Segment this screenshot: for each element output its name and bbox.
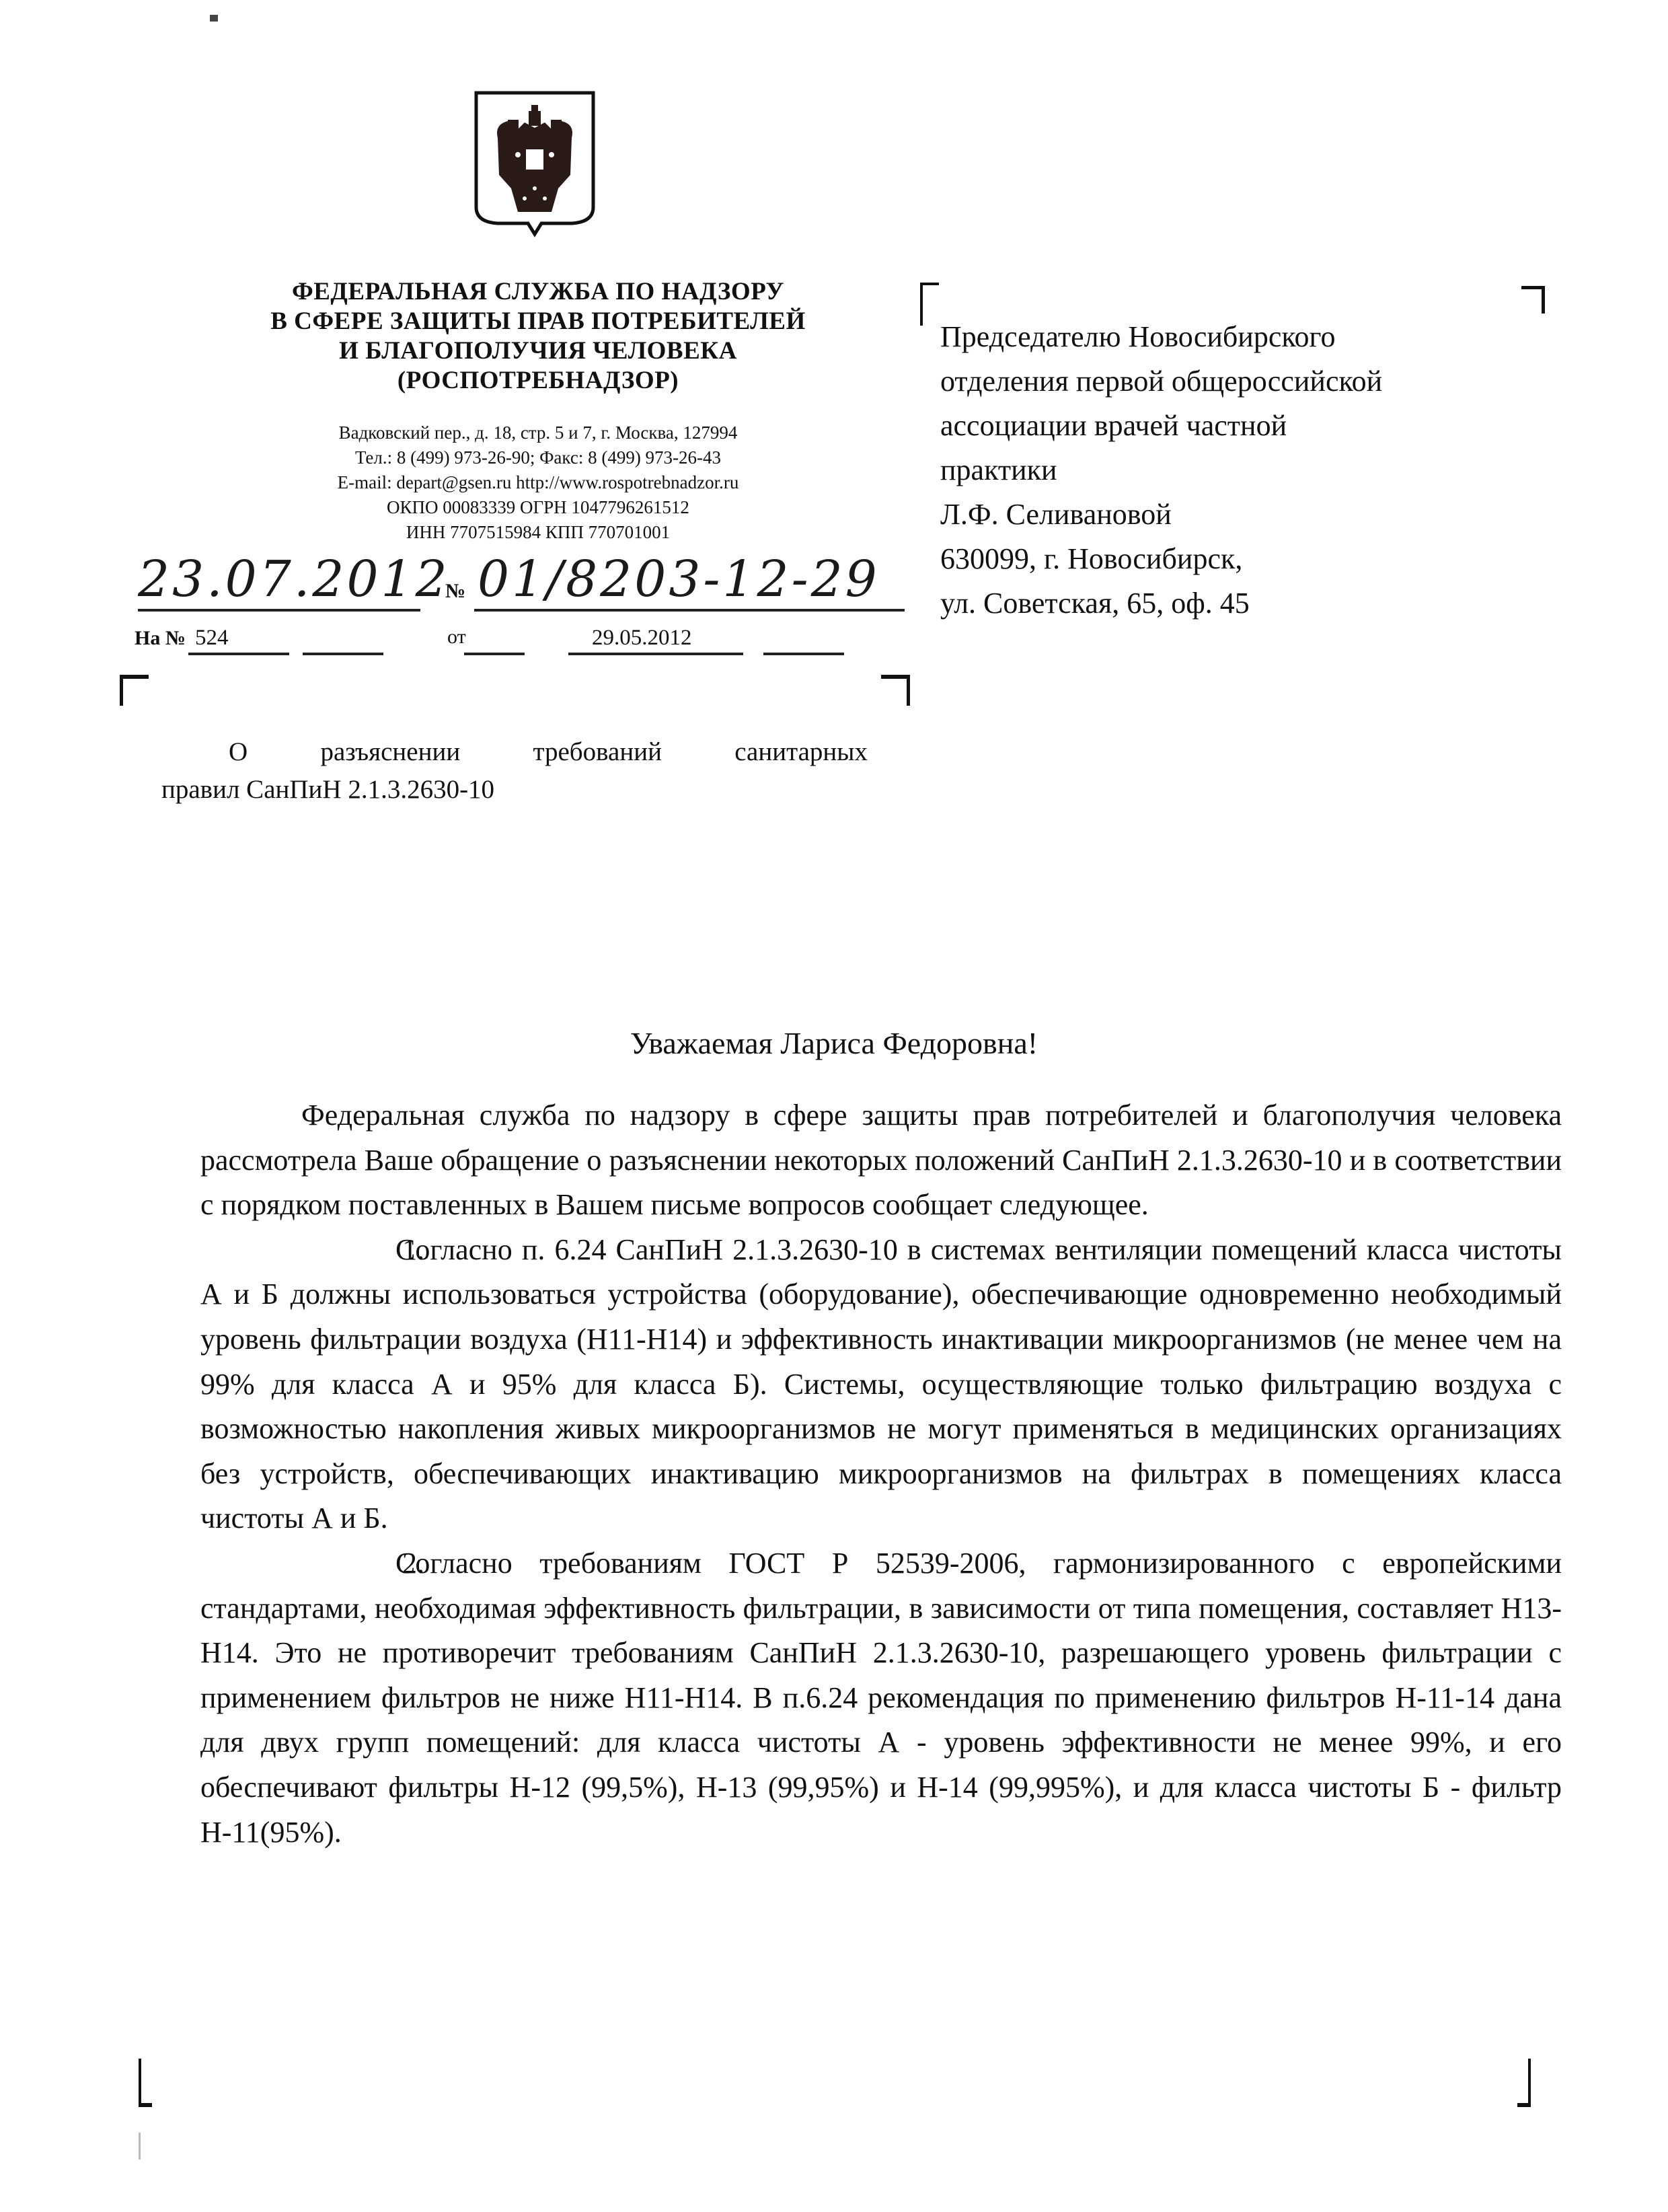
address-line: Вадковский пер., д. 18, стр. 5 и 7, г. М… <box>222 420 854 445</box>
number-sign: № <box>445 580 465 603</box>
greeting: Уважаемая Лариса Федоровна! <box>0 1025 1668 1061</box>
date-underline <box>138 609 420 612</box>
ref-underline <box>303 653 383 655</box>
agency-line: И БЛАГОПОЛУЧИЯ ЧЕЛОВЕКА <box>222 336 854 366</box>
list-item: 2.Согласно требованиям ГОСТ Р 52539-2006… <box>200 1541 1562 1855</box>
letter-body: Федеральная служба по надзору в сфере за… <box>200 1093 1562 1855</box>
recipient-line: практики <box>940 448 1382 492</box>
item-number: 1. <box>301 1228 395 1273</box>
ref-underline <box>464 653 525 655</box>
number-underline <box>474 609 905 612</box>
subject-line: О разъяснении требований санитарных <box>161 733 868 771</box>
recipient-line: Председателю Новосибирского <box>940 315 1382 359</box>
phone-line: Тел.: 8 (499) 973-26-90; Факс: 8 (499) 9… <box>222 445 854 470</box>
list-item: 1.Согласно п. 6.24 СанПиН 2.1.3.2630-10 … <box>200 1228 1562 1541</box>
agency-contacts: Вадковский пер., д. 18, стр. 5 и 7, г. М… <box>222 420 854 545</box>
item-text: Согласно требованиям ГОСТ Р 52539-2006, … <box>200 1547 1562 1849</box>
corner-mark-top-left <box>120 675 149 706</box>
scan-artifact <box>139 2133 141 2160</box>
corner-mark-top-right <box>881 675 910 706</box>
outgoing-date: 23.07.2012 <box>138 550 450 608</box>
recipient-address: 630099, г. Новосибирск, <box>940 537 1382 581</box>
ref-from-label: от <box>447 626 466 649</box>
corner-mark-bottom-right <box>1517 2059 1531 2107</box>
recipient-address: ул. Советская, 65, оф. 45 <box>940 581 1382 626</box>
email-line: E-mail: depart@gsen.ru http://www.rospot… <box>222 470 854 495</box>
letter-subject: О разъяснении требований санитарных прав… <box>161 733 868 809</box>
ref-date: 29.05.2012 <box>592 626 692 651</box>
ref-label: На № <box>135 627 186 649</box>
recipient-block: Председателю Новосибирского отделения пе… <box>940 315 1382 626</box>
intro-paragraph: Федеральная служба по надзору в сфере за… <box>200 1093 1562 1228</box>
recipient-name: Л.Ф. Селивановой <box>940 492 1382 537</box>
coat-of-arms-icon <box>471 87 599 242</box>
outgoing-number: 01/8203-12-29 <box>478 550 880 608</box>
recipient-corner-top-right <box>1521 286 1545 314</box>
corner-mark-bottom-left <box>139 2059 152 2107</box>
recipient-corner-top-left <box>920 283 939 326</box>
agency-line: (РОСПОТРЕБНАДЗОР) <box>222 366 854 396</box>
agency-name: ФЕДЕРАЛЬНАЯ СЛУЖБА ПО НАДЗОРУ В СФЕРЕ ЗА… <box>222 277 854 396</box>
reference-row: На № 524 от 29.05.2012 <box>135 626 186 651</box>
agency-line: ФЕДЕРАЛЬНАЯ СЛУЖБА ПО НАДЗОРУ <box>222 277 854 307</box>
item-number: 2. <box>301 1541 395 1586</box>
scan-speck <box>210 15 218 22</box>
ref-underline <box>763 653 844 655</box>
agency-line: В СФЕРЕ ЗАЩИТЫ ПРАВ ПОТРЕБИТЕЛЕЙ <box>222 307 854 336</box>
recipient-line: отделения первой общероссийской <box>940 359 1382 404</box>
ref-number-underline <box>188 653 289 655</box>
recipient-line: ассоциации врачей частной <box>940 404 1382 448</box>
ref-number: 524 <box>195 626 229 651</box>
subject-line: правил СанПиН 2.1.3.2630-10 <box>161 771 868 809</box>
item-text: Согласно п. 6.24 СанПиН 2.1.3.2630-10 в … <box>200 1233 1562 1535</box>
inn-line: ИНН 7707515984 КПП 770701001 <box>222 520 854 545</box>
okpo-line: ОКПО 00083339 ОГРН 1047796261512 <box>222 495 854 520</box>
ref-date-underline <box>568 653 743 655</box>
